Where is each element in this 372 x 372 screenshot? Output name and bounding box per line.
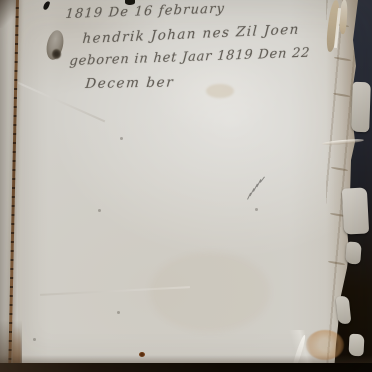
faint-stain (150, 252, 270, 332)
worm-hole-dark-tip (52, 49, 61, 59)
paper-chip (348, 334, 364, 357)
bottom-dark-edge (0, 363, 372, 372)
paper-speck (98, 209, 101, 212)
pencil-scribble (242, 174, 271, 201)
paper-chip (345, 242, 361, 265)
paper-speck (255, 208, 258, 211)
paper-chip (342, 187, 369, 234)
paper-speck (117, 311, 120, 314)
paper-speck (33, 338, 36, 341)
paper-chip (351, 82, 371, 133)
faint-stain (206, 84, 234, 98)
paper-speck (120, 137, 123, 140)
top-left-smudge (0, 0, 16, 28)
book-flyleaf-photo: 1819 De 16 february hendrik Johan nes Zi… (0, 0, 372, 372)
inscription-line-4: Decem ber (85, 74, 175, 92)
